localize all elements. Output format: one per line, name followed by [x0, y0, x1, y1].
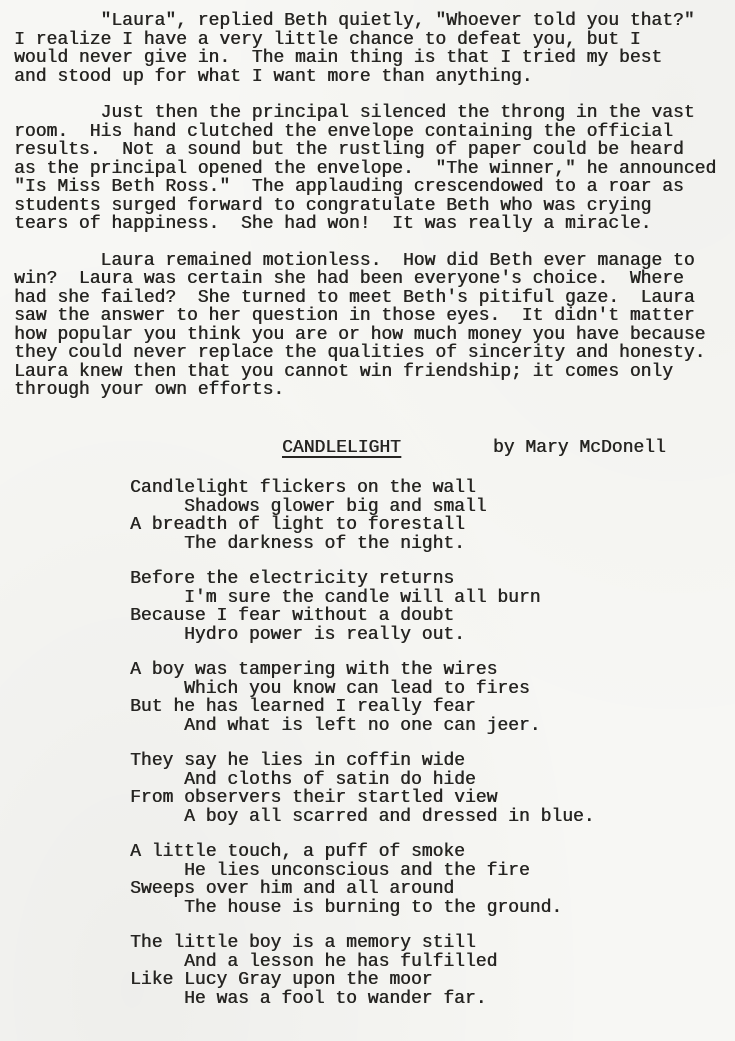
poem-title: CANDLELIGHT	[282, 438, 401, 458]
poem-stanza: The little boy is a memory still And a l…	[130, 934, 721, 1008]
poem-stanza: A little touch, a puff of smoke He lies …	[130, 843, 721, 917]
story-paragraph: "Laura", replied Beth quietly, "Whoever …	[14, 12, 721, 86]
poem-byline: by Mary McDonell	[493, 439, 666, 458]
poem-stanza: They say he lies in coffin wide And clot…	[130, 752, 721, 826]
story-paragraph: Just then the principal silenced the thr…	[14, 104, 721, 234]
poem-stanza: A boy was tampering with the wires Which…	[130, 661, 721, 735]
story-paragraph: Laura remained motionless. How did Beth …	[14, 252, 721, 400]
poem-stanza: Before the electricity returns I'm sure …	[130, 570, 721, 644]
poem-stanzas: Candlelight flickers on the wall Shadows…	[130, 479, 721, 1008]
poem-stanza: Candlelight flickers on the wall Shadows…	[130, 479, 721, 553]
story-section: "Laura", replied Beth quietly, "Whoever …	[14, 12, 721, 400]
poem-section: CANDLELIGHTby Mary McDonell Candlelight …	[130, 439, 721, 1009]
document-page: "Laura", replied Beth quietly, "Whoever …	[0, 0, 735, 1041]
poem-header: CANDLELIGHTby Mary McDonell	[130, 439, 721, 458]
